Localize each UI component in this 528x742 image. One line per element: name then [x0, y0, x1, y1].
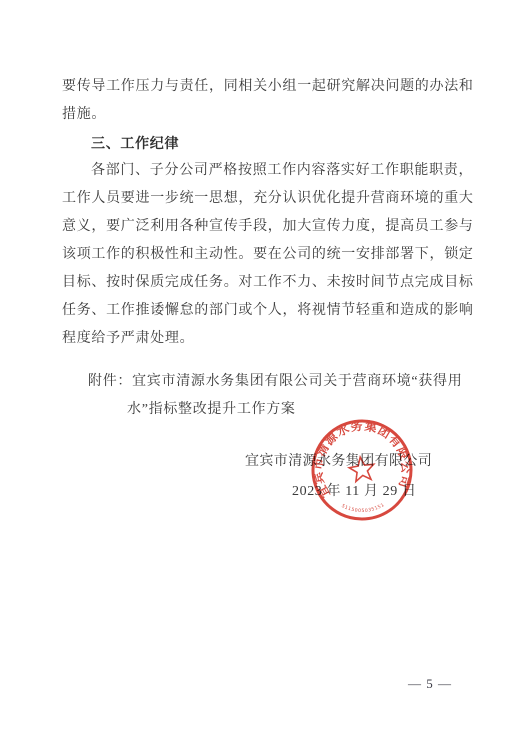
paragraph-continuation-line: 要传导工作压力与责任，同相关小组一起研究解决问题的办法和 — [62, 73, 476, 101]
signature-date: 2023 年 11 月 29 日 — [292, 478, 417, 506]
paragraph-line: 任务、工作推诿懈怠的部门或个人，将视情节轻重和造成的影响 — [62, 297, 476, 325]
page-number: — 5 — — [408, 676, 452, 692]
signature-company: 宜宾市清源水务集团有限公司 — [245, 448, 432, 476]
paragraph-line: 程度给予严肃处理。 — [62, 325, 476, 353]
attachment-line: 水”指标整改提升工作方案 — [127, 396, 462, 424]
attachment-note: 附件：宜宾市清源水务集团有限公司关于营商环境“获得用 水”指标整改提升工作方案 — [88, 368, 462, 424]
paragraph-line: 该项工作的积极性和主动性。要在公司的统一安排部署下，锁定 — [62, 241, 476, 269]
paragraph-line: 意义，要广泛利用各种宣传手段，加大宣传力度，提高员工参与 — [62, 213, 476, 241]
paragraph-line: 目标、按时保质完成任务。对工作不力、未按时间节点完成目标 — [62, 269, 476, 297]
body-text-block: 要传导工作压力与责任，同相关小组一起研究解决问题的办法和 措施。 三、工作纪律 … — [62, 73, 476, 353]
section-heading: 三、工作纪律 — [62, 129, 476, 157]
document-page: 要传导工作压力与责任，同相关小组一起研究解决问题的办法和 措施。 三、工作纪律 … — [0, 0, 528, 742]
paragraph-line: 工作人员要进一步统一思想，充分认识优化提升营商环境的重大 — [62, 185, 476, 213]
attachment-line: 附件：宜宾市清源水务集团有限公司关于营商环境“获得用 — [88, 368, 462, 396]
paragraph-line: 各部门、子分公司严格按照工作内容落实好工作职能职责， — [62, 157, 476, 185]
paragraph-continuation-line: 措施。 — [62, 101, 476, 129]
